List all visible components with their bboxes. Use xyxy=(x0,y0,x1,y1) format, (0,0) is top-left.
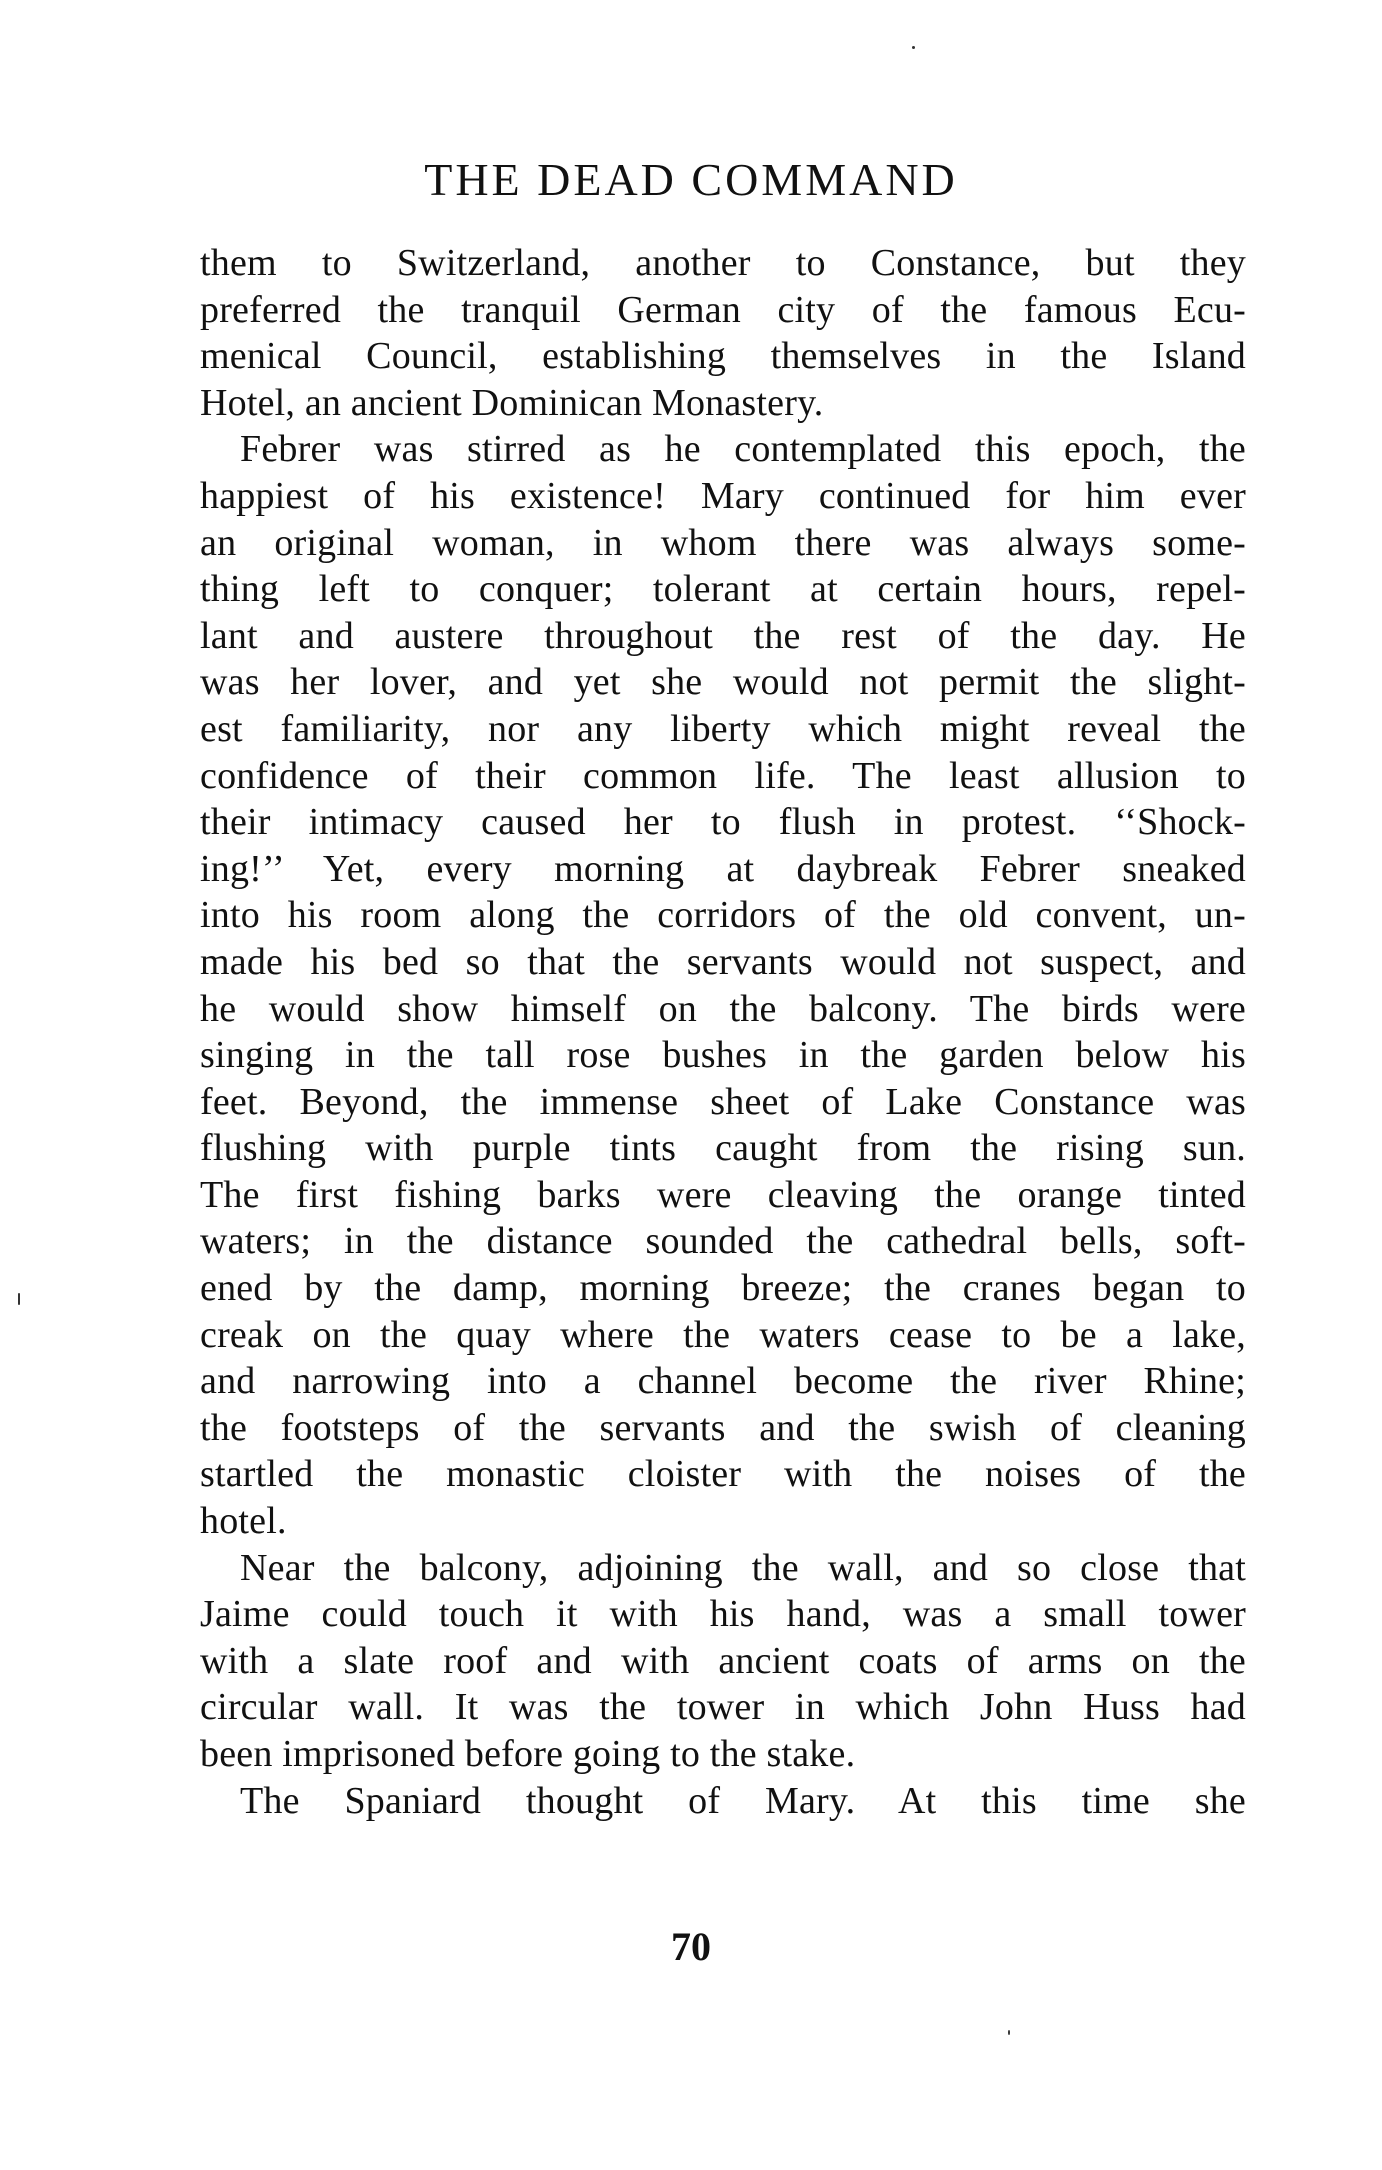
text-line: preferred the tranquil German city of th… xyxy=(200,287,1246,334)
text-line: with a slate roof and with ancient coats… xyxy=(200,1638,1246,1685)
text-line: Jaime could touch it with his hand, was … xyxy=(200,1591,1246,1638)
text-line: happiest of his existence! Mary continue… xyxy=(200,473,1246,520)
text-line: and narrowing into a channel become the … xyxy=(200,1358,1246,1405)
text-line: waters; in the distance sounded the cath… xyxy=(200,1218,1246,1265)
text-line: creak on the quay where the waters cease… xyxy=(200,1312,1246,1359)
text-line: confidence of their common life. The lea… xyxy=(200,753,1246,800)
text-line: made his bed so that the servants would … xyxy=(200,939,1246,986)
text-line: The Spaniard thought of Mary. At this ti… xyxy=(200,1778,1246,1825)
text-line: the footsteps of the servants and the sw… xyxy=(200,1405,1246,1452)
text-line: lant and austere throughout the rest of … xyxy=(200,613,1246,660)
text-line: thing left to conquer; tolerant at certa… xyxy=(200,566,1246,613)
text-line: their intimacy caused her to flush in pr… xyxy=(200,799,1246,846)
scan-speck xyxy=(912,46,915,49)
text-line: Hotel, an ancient Dominican Monastery. xyxy=(200,380,1246,427)
text-line: ing!’’ Yet, every morning at daybreak Fe… xyxy=(200,846,1246,893)
text-line: The first fishing barks were cleaving th… xyxy=(200,1172,1246,1219)
text-line: ened by the damp, morning breeze; the cr… xyxy=(200,1265,1246,1312)
text-line: singing in the tall rose bushes in the g… xyxy=(200,1032,1246,1079)
text-line: feet. Beyond, the immense sheet of Lake … xyxy=(200,1079,1246,1126)
paragraph: Near the balcony, adjoining the wall, an… xyxy=(200,1545,1246,1778)
text-line: Near the balcony, adjoining the wall, an… xyxy=(200,1545,1246,1592)
running-title: THE DEAD COMMAND xyxy=(0,150,1382,210)
paragraph: The Spaniard thought of Mary. At this ti… xyxy=(200,1778,1246,1825)
scan-speck xyxy=(18,1293,20,1305)
book-page: THE DEAD COMMAND them to Switzerland, an… xyxy=(0,0,1382,2170)
text-line: an original woman, in whom there was alw… xyxy=(200,520,1246,567)
text-line: flushing with purple tints caught from t… xyxy=(200,1125,1246,1172)
paragraph: them to Switzerland, another to Constanc… xyxy=(200,240,1246,426)
text-line: Febrer was stirred as he contemplated th… xyxy=(200,426,1246,473)
scan-speck xyxy=(1008,2030,1010,2035)
text-line: est familiarity, nor any liberty which m… xyxy=(200,706,1246,753)
text-line: menical Council, establishing themselves… xyxy=(200,333,1246,380)
text-line: into his room along the corridors of the… xyxy=(200,892,1246,939)
text-line: was her lover, and yet she would not per… xyxy=(200,659,1246,706)
text-line: circular wall. It was the tower in which… xyxy=(200,1684,1246,1731)
text-line: hotel. xyxy=(200,1498,1246,1545)
text-line: startled the monastic cloister with the … xyxy=(200,1451,1246,1498)
body-text: them to Switzerland, another to Constanc… xyxy=(200,240,1246,1824)
paragraph: Febrer was stirred as he contemplated th… xyxy=(200,426,1246,1544)
text-line: them to Switzerland, another to Constanc… xyxy=(200,240,1246,287)
text-line: been imprisoned before going to the stak… xyxy=(200,1731,1246,1778)
page-number: 70 xyxy=(0,1922,1382,1972)
text-line: he would show himself on the balcony. Th… xyxy=(200,986,1246,1033)
